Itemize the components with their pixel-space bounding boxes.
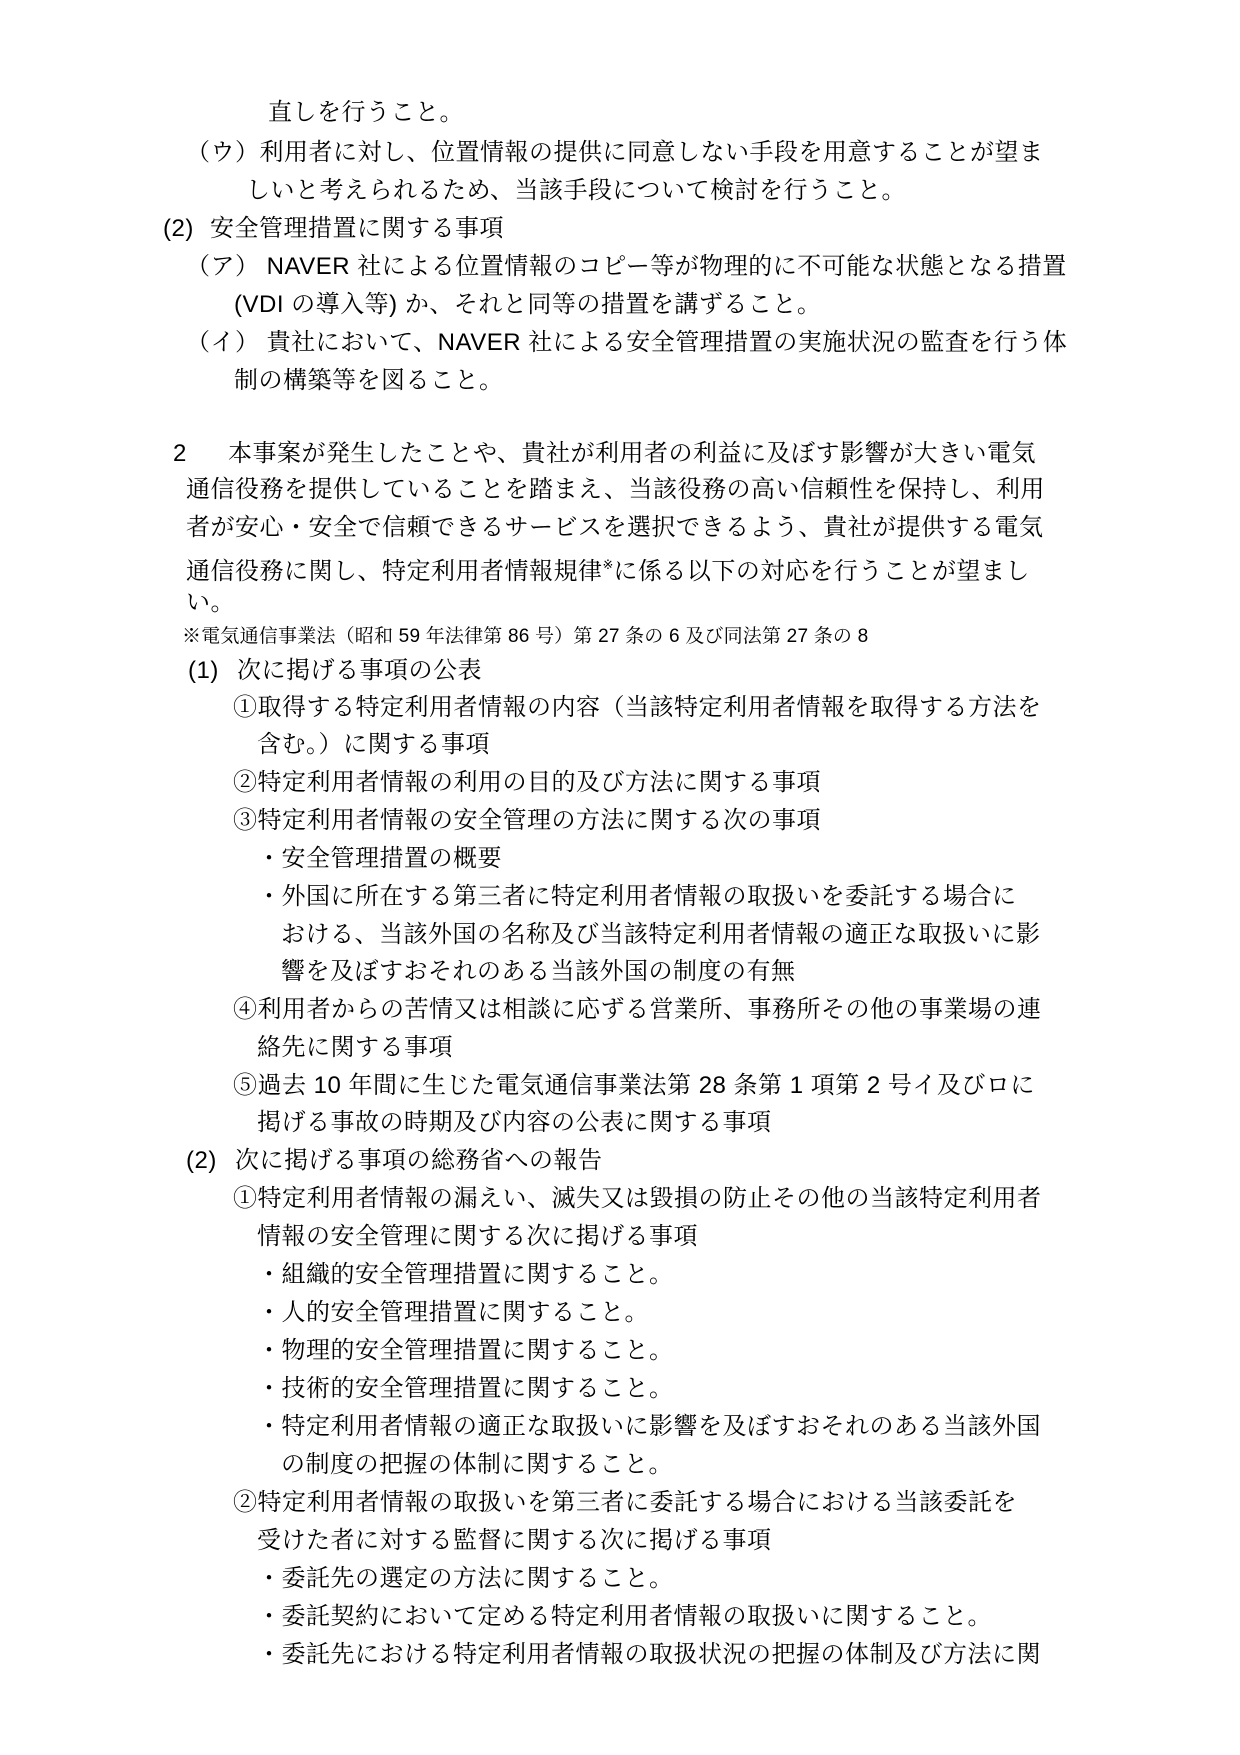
line-text: 絡先に関する事項 (257, 1034, 453, 1061)
line-text: 者が安心・安全で信頼できるサービスを選択できるよう、貴社が提供する電気 (186, 514, 1044, 541)
list-marker: 2 (173, 439, 228, 469)
line-text: しいと考えられるため、当該手段について検討を行うこと。 (246, 177, 906, 204)
text-line: 含む。）に関する事項 (257, 730, 490, 760)
line-text: に係る以下の対応を行うことが望まし (613, 558, 1030, 585)
text-line: ・委託先の選定の方法に関すること。 (257, 1564, 674, 1594)
text-line: 者が安心・安全で信頼できるサービスを選択できるよう、貴社が提供する電気 (186, 513, 1044, 543)
line-text: 通信役務に関し、特定利用者情報規律 (186, 558, 603, 585)
line-text: ・特定利用者情報の適正な取扱いに影響を及ぼすおそれのある当該外国 (257, 1413, 1041, 1440)
line-text: おける、当該外国の名称及び当該特定利用者情報の適正な取扱いに影 (281, 921, 1041, 948)
text-line: (2)次に掲げる事項の総務省への報告 (186, 1146, 603, 1176)
line-text: ・委託契約において定める特定利用者情報の取扱いに関すること。 (257, 1603, 992, 1630)
line-text: 受けた者に対する監督に関する次に掲げる事項 (257, 1527, 772, 1554)
line-text: （イ） 貴社において、NAVER 社による安全管理措置の実施状況の監査を行う体 (186, 329, 1067, 356)
text-line: （イ） 貴社において、NAVER 社による安全管理措置の実施状況の監査を行う体 (186, 328, 1067, 358)
line-text: ①特定利用者情報の漏えい、滅失又は毀損の防止その他の当該特定利用者 (233, 1185, 1042, 1212)
text-line: ・外国に所在する第三者に特定利用者情報の取扱いを委託する場合に (257, 882, 1017, 912)
text-line: 情報の安全管理に関する次に掲げる事項 (257, 1222, 698, 1252)
text-line: 2本事案が発生したことや、貴社が利用者の利益に及ぼす影響が大きい電気 (173, 439, 1036, 469)
line-text: 直しを行うこと。 (268, 99, 464, 126)
line-text: ・組織的安全管理措置に関すること。 (257, 1261, 674, 1288)
line-text: (VDI の導入等) か、それと同等の措置を講ずること。 (234, 291, 821, 318)
text-line: ④利用者からの苦情又は相談に応ずる営業所、事務所その他の事業場の連 (233, 995, 1042, 1025)
text-line: 通信役務に関し、特定利用者情報規律※に係る以下の対応を行うことが望まし (186, 550, 1030, 587)
line-text: ・技術的安全管理措置に関すること。 (257, 1375, 674, 1402)
footnote-reference-mark: ※ (603, 557, 614, 572)
text-line: い。 (186, 588, 235, 618)
line-text: ①取得する特定利用者情報の内容（当該特定利用者情報を取得する方法を (233, 694, 1042, 721)
line-text: 次に掲げる事項の総務省への報告 (235, 1147, 603, 1174)
line-text: ・委託先の選定の方法に関すること。 (257, 1565, 674, 1592)
line-text: ・人的安全管理措置に関すること。 (257, 1299, 649, 1326)
line-text: ・外国に所在する第三者に特定利用者情報の取扱いを委託する場合に (257, 883, 1017, 910)
line-text: 本事案が発生したことや、貴社が利用者の利益に及ぼす影響が大きい電気 (228, 440, 1036, 467)
line-text: ②特定利用者情報の利用の目的及び方法に関する事項 (233, 769, 821, 796)
line-text: 響を及ぼすおそれのある当該外国の制度の有無 (281, 958, 796, 985)
line-text: ②特定利用者情報の取扱いを第三者に委託する場合における当該委託を (233, 1489, 1017, 1516)
text-line: ・人的安全管理措置に関すること。 (257, 1298, 649, 1328)
text-line: ・委託契約において定める特定利用者情報の取扱いに関すること。 (257, 1602, 992, 1632)
line-text: （ア） NAVER 社による位置情報のコピー等が物理的に不可能な状態となる措置 (186, 253, 1067, 280)
line-text: 安全管理措置に関する事項 (210, 215, 504, 242)
list-marker: (1) (188, 656, 237, 686)
line-text: ・安全管理措置の概要 (257, 845, 502, 872)
text-line: ③特定利用者情報の安全管理の方法に関する次の事項 (233, 806, 821, 836)
line-text: ⑤過去 10 年間に生じた電気通信事業法第 28 条第 1 項第 2 号イ及びロ… (233, 1072, 1035, 1099)
text-line: ※電気通信事業法（昭和 59 年法律第 86 号）第 27 条の 6 及び同法第… (182, 622, 868, 652)
line-text: 次に掲げる事項の公表 (237, 657, 482, 684)
text-line: の制度の把握の体制に関すること。 (281, 1450, 673, 1480)
line-text: の制度の把握の体制に関すること。 (281, 1451, 673, 1478)
line-text: 含む。）に関する事項 (257, 731, 490, 758)
text-line: ・技術的安全管理措置に関すること。 (257, 1374, 674, 1404)
text-line: 制の構築等を図ること。 (234, 366, 504, 396)
text-line: (VDI の導入等) か、それと同等の措置を講ずること。 (234, 290, 821, 320)
text-line: 通信役務を提供していることを踏まえ、当該役務の高い信頼性を保持し、利用 (186, 475, 1045, 505)
line-text: 掲げる事故の時期及び内容の公表に関する事項 (257, 1109, 772, 1136)
text-line: （ア） NAVER 社による位置情報のコピー等が物理的に不可能な状態となる措置 (186, 252, 1067, 282)
list-marker: (2) (163, 214, 210, 244)
text-line: ②特定利用者情報の利用の目的及び方法に関する事項 (233, 768, 821, 798)
text-line: ・安全管理措置の概要 (257, 844, 502, 874)
line-text: ③特定利用者情報の安全管理の方法に関する次の事項 (233, 807, 821, 834)
list-marker: (2) (186, 1146, 235, 1176)
line-text: 制の構築等を図ること。 (234, 367, 504, 394)
text-line: (1)次に掲げる事項の公表 (188, 656, 482, 686)
text-line: ⑤過去 10 年間に生じた電気通信事業法第 28 条第 1 項第 2 号イ及びロ… (233, 1071, 1035, 1101)
text-line: 直しを行うこと。 (268, 98, 464, 128)
text-line: ②特定利用者情報の取扱いを第三者に委託する場合における当該委託を (233, 1488, 1017, 1518)
text-line: おける、当該外国の名称及び当該特定利用者情報の適正な取扱いに影 (281, 920, 1041, 950)
text-line: 掲げる事故の時期及び内容の公表に関する事項 (257, 1108, 772, 1138)
text-line: （ウ）利用者に対し、位置情報の提供に同意しない手段を用意することが望ま (186, 138, 1044, 168)
line-text: い。 (186, 589, 235, 616)
line-text: ・物理的安全管理措置に関すること。 (257, 1337, 674, 1364)
text-line: (2)安全管理措置に関する事項 (163, 214, 504, 244)
line-text: ④利用者からの苦情又は相談に応ずる営業所、事務所その他の事業場の連 (233, 996, 1042, 1023)
text-line: しいと考えられるため、当該手段について検討を行うこと。 (246, 176, 906, 206)
text-line: ・組織的安全管理措置に関すること。 (257, 1260, 674, 1290)
text-line: ・物理的安全管理措置に関すること。 (257, 1336, 674, 1366)
text-line: ①取得する特定利用者情報の内容（当該特定利用者情報を取得する方法を (233, 693, 1042, 723)
document-page: 直しを行うこと。（ウ）利用者に対し、位置情報の提供に同意しない手段を用意すること… (0, 0, 1240, 1755)
line-text: 通信役務を提供していることを踏まえ、当該役務の高い信頼性を保持し、利用 (186, 476, 1045, 503)
text-line: ・委託先における特定利用者情報の取扱状況の把握の体制及び方法に関 (257, 1640, 1041, 1670)
line-text: （ウ）利用者に対し、位置情報の提供に同意しない手段を用意することが望ま (186, 139, 1044, 166)
line-text: ※電気通信事業法（昭和 59 年法律第 86 号）第 27 条の 6 及び同法第… (182, 626, 868, 647)
line-text: ・委託先における特定利用者情報の取扱状況の把握の体制及び方法に関 (257, 1641, 1041, 1668)
text-line: ・特定利用者情報の適正な取扱いに影響を及ぼすおそれのある当該外国 (257, 1412, 1041, 1442)
text-line: 響を及ぼすおそれのある当該外国の制度の有無 (281, 957, 796, 987)
text-line: 絡先に関する事項 (257, 1033, 453, 1063)
line-text: 情報の安全管理に関する次に掲げる事項 (257, 1223, 698, 1250)
text-line: ①特定利用者情報の漏えい、滅失又は毀損の防止その他の当該特定利用者 (233, 1184, 1042, 1214)
text-line: 受けた者に対する監督に関する次に掲げる事項 (257, 1526, 772, 1556)
